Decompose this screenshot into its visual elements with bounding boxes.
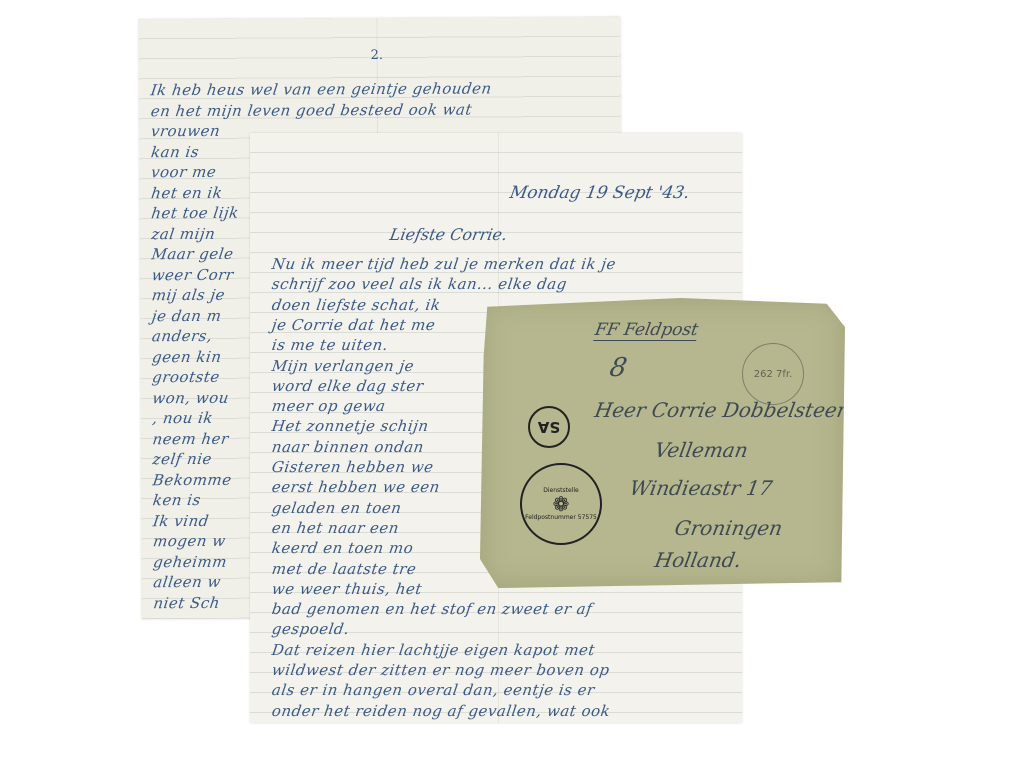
handwritten-line: meer op gewa: [271, 397, 387, 415]
handwritten-line: alleen w: [152, 573, 222, 591]
feldpost-envelope: FF Feldpost 8 262 7fr. SA Dienststelle ❁…: [480, 298, 845, 588]
handwritten-line: grootste: [151, 368, 221, 386]
handwritten-line: , nou ik: [151, 409, 214, 427]
handwritten-line: als er in hangen overal dan, eentje is e…: [271, 681, 596, 699]
handwritten-line: niet Sch: [152, 593, 221, 611]
page-number: 2.: [371, 48, 383, 63]
address-line: Velleman: [653, 438, 750, 462]
address-line: Groningen: [673, 516, 784, 540]
handwritten-line: Ik vind: [152, 511, 210, 529]
postmark-stamp: 262 7fr.: [742, 343, 804, 405]
unit-stamp-bottom: Feldpostnummer 57575: [525, 514, 597, 521]
handwritten-line: Maar gele: [150, 245, 234, 263]
feldpost-header: FF Feldpost: [593, 320, 700, 341]
handwritten-line: Bekomme: [152, 470, 233, 488]
handwritten-line: Ik heb heus wel van een geintje gehouden: [150, 79, 493, 99]
handwritten-line: eerst hebben we een: [271, 478, 441, 496]
handwritten-line: weer Corr: [151, 265, 235, 283]
eagle-emblem-icon: ❁: [553, 494, 570, 514]
handwritten-line: geen kin: [151, 347, 223, 365]
handwritten-line: gespoeld.: [271, 620, 351, 638]
handwritten-line: we weer thuis, het: [271, 580, 423, 598]
letter-salutation: Liefste Corrie.: [388, 225, 509, 244]
handwritten-line: is me te uiten.: [271, 336, 390, 354]
handwritten-line: zal mijn: [150, 224, 216, 242]
handwritten-line: mogen w: [152, 532, 227, 550]
handwritten-line: Mijn verlangen je: [271, 357, 416, 375]
handwritten-line: word elke dag ster: [271, 377, 425, 395]
handwritten-line: zelf nie: [152, 450, 214, 468]
handwritten-line: schrijf zoo veel als ik kan... elke dag: [271, 275, 568, 293]
address-line: Heer Corrie Dobbelsteen: [593, 398, 852, 422]
handwritten-line: het en ik: [150, 183, 223, 201]
handwritten-line: bad genomen en het stof en zweet er af: [271, 600, 594, 618]
censor-mark: SA: [538, 418, 560, 436]
unit-stamp: Dienststelle ❁ Feldpostnummer 57575: [520, 463, 602, 545]
handwritten-line: en het naar een: [271, 519, 401, 537]
handwritten-line: geheimm: [152, 552, 228, 570]
back-page-text: Ik heb heus wel van een geintje gehouden…: [138, 17, 620, 20]
handwritten-line: Gisteren hebben we: [271, 458, 435, 476]
handwritten-line: kan is: [150, 142, 200, 160]
handwritten-line: voor me: [150, 163, 218, 181]
handwritten-line: ken is: [152, 491, 202, 509]
handwritten-line: onder het reiden nog af gevallen, wat oo…: [271, 702, 612, 720]
letter-date: Mondag 19 Sept '43.: [508, 183, 691, 203]
handwritten-line: je dan m: [151, 306, 223, 324]
handwritten-line: het toe lijk: [150, 204, 240, 222]
handwritten-line: Dat reizen hier lachtjje eigen kapot met: [271, 641, 597, 659]
handwritten-line: en het mijn leven goed besteed ook wat: [150, 100, 474, 120]
handwritten-line: naar binnen ondan: [271, 438, 425, 456]
handwritten-line: vrouwen: [150, 122, 222, 140]
handwritten-line: keerd en toen mo: [271, 539, 415, 557]
handwritten-line: anders,: [151, 327, 214, 345]
handwritten-line: neem her: [151, 429, 230, 447]
handwritten-line: mij als je: [151, 286, 227, 304]
address-line: Holland.: [653, 548, 743, 572]
postmark-text: 262 7fr.: [754, 369, 793, 380]
censor-stamp: SA: [528, 406, 570, 448]
handwritten-line: je Corrie dat het me: [271, 316, 437, 334]
handwritten-line: geladen en toen: [271, 499, 403, 517]
handwritten-line: wildwest der zitten er nog meer boven op: [271, 661, 611, 679]
envelope-mark: 8: [607, 353, 629, 383]
handwritten-line: Het zonnetje schijn: [271, 417, 430, 435]
handwritten-line: won, wou: [151, 388, 230, 406]
address-line: Windieastr 17: [628, 476, 774, 500]
handwritten-line: Nu ik meer tijd heb zul je merken dat ik…: [271, 255, 618, 273]
handwritten-line: met de laatste tre: [271, 560, 418, 578]
handwritten-line: doen liefste schat, ik: [271, 296, 442, 314]
